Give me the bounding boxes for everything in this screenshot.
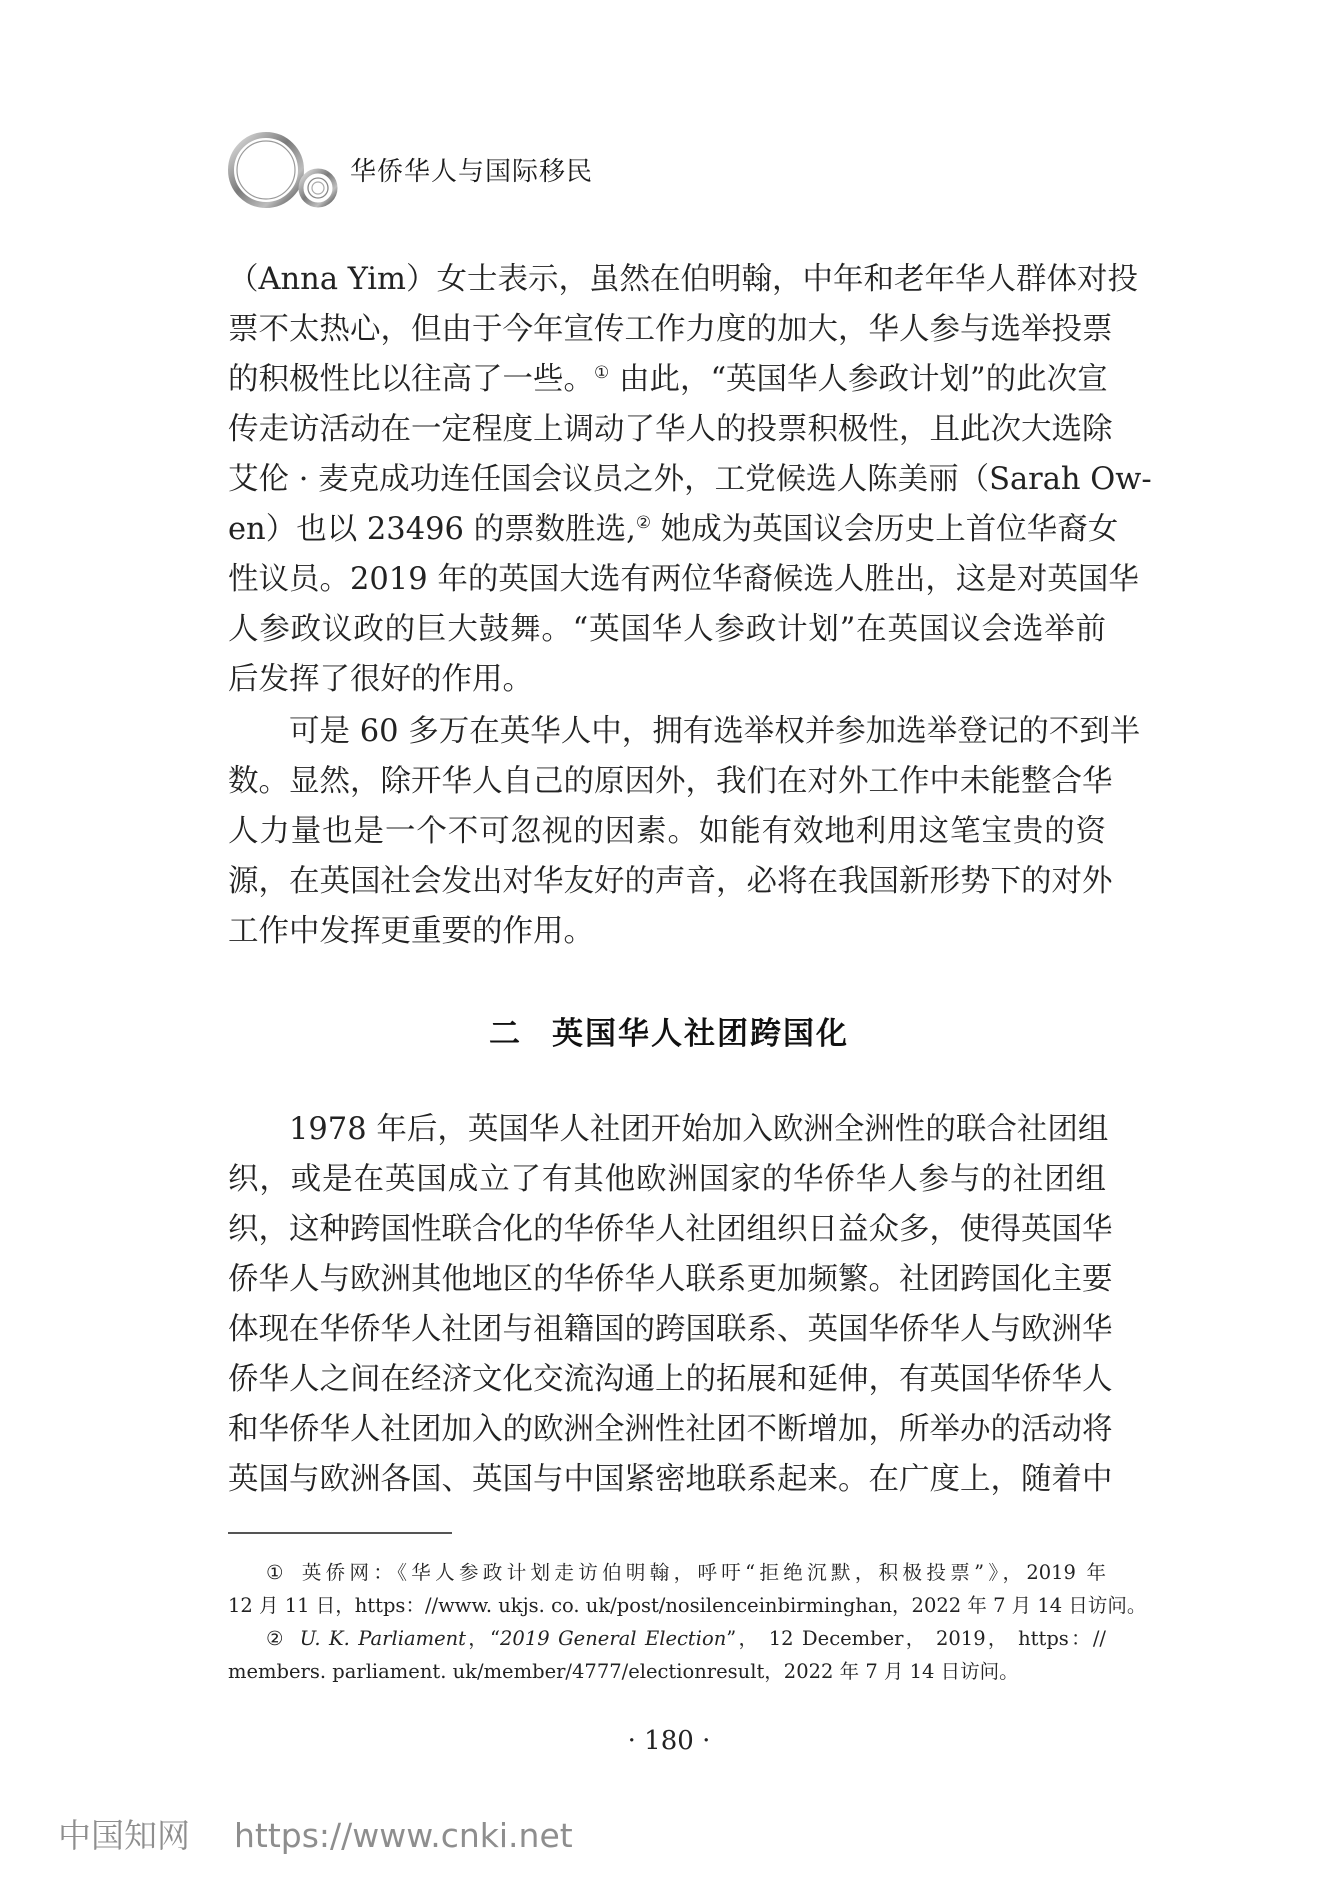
journal-logo-icon xyxy=(226,128,346,214)
text-line: 可是 60 多万在英华人中，拥有选举权并参加选举登记的不到半 xyxy=(228,707,1106,757)
text-line: （Anna Yim）女士表示，虽然在伯明翰，中年和老年华人群体对投 xyxy=(228,255,1106,305)
cnki-watermark: 中国知网https://www.cnki.net xyxy=(58,1810,573,1857)
text-line: 艾伦 · 麦克成功连任国会议员之外，工党候选人陈美丽（Sarah Ow- xyxy=(228,455,1106,505)
footnote-source: U. K. Parliament xyxy=(300,1627,466,1650)
footnotes: ①英侨网：《华人参政计划走访伯明翰，呼吁“拒绝沉默，积极投票”》，2019 年 … xyxy=(228,1556,1106,1688)
running-head-title: 华侨华人与国际移民 xyxy=(350,151,593,188)
text-line: 侨华人与欧洲其他地区的华侨华人联系更加频繁。社团跨国化主要 xyxy=(228,1255,1106,1305)
paragraph: 1978 年后，英国华人社团开始加入欧洲全洲性的联合社团组 织，或是在英国成立了… xyxy=(228,1105,1106,1505)
text-line: 人力量也是一个不可忽视的因素。如能有效地利用这笔宝贵的资 xyxy=(228,807,1106,857)
text-line: 侨华人之间在经济文化交流沟通上的拓展和延伸，有英国华侨华人 xyxy=(228,1355,1106,1405)
footnote-mark-1[interactable]: ① xyxy=(594,363,609,383)
section-heading: 二英国华人社团跨国化 xyxy=(0,1008,1338,1053)
text-line: 工作中发挥更重要的作用。 xyxy=(228,907,1106,957)
footnote-divider xyxy=(228,1532,452,1534)
footnote-title: 2019 General Election xyxy=(500,1627,726,1650)
text-line: 传走访活动在一定程度上调动了华人的投票积极性，且此次大选除 xyxy=(228,405,1106,455)
text-line: en）也以 23496 的票数胜选,② 她成为英国议会历史上首位华裔女 xyxy=(228,505,1106,555)
footnote-1-cont: 12 月 11 日，https：//www. ukjs. co. uk/post… xyxy=(228,1589,1106,1622)
text-line: 英国与欧洲各国、英国与中国紧密地联系起来。在广度上，随着中 xyxy=(228,1455,1106,1505)
text-line: 织，或是在英国成立了有其他欧洲国家的华侨华人参与的社团组 xyxy=(228,1155,1106,1205)
page-number: · 180 · xyxy=(0,1726,1338,1756)
text-line: 性议员。2019 年的英国大选有两位华裔候选人胜出，这是对英国华 xyxy=(228,555,1106,605)
footnote-marker: ② xyxy=(266,1627,286,1650)
text-line: 源，在英国社会发出对华友好的声音，必将在我国新形势下的对外 xyxy=(228,857,1106,907)
footnote-1: ①英侨网：《华人参政计划走访伯明翰，呼吁“拒绝沉默，积极投票”》，2019 年 xyxy=(228,1556,1106,1589)
paragraph: 可是 60 多万在英华人中，拥有选举权并参加选举登记的不到半 数。显然，除开华人… xyxy=(228,707,1106,957)
text-line: 体现在华侨华人社团与祖籍国的跨国联系、英国华侨华人与欧洲华 xyxy=(228,1305,1106,1355)
watermark-brand: 中国知网 xyxy=(58,1816,190,1855)
section-title: 英国华人社团跨国化 xyxy=(552,1016,849,1052)
footnote-marker: ① xyxy=(266,1561,288,1584)
text-line: 1978 年后，英国华人社团开始加入欧洲全洲性的联合社团组 xyxy=(228,1105,1106,1155)
footnote-2: ②U. K. Parliament，“2019 General Election… xyxy=(228,1622,1106,1655)
watermark-url: https://www.cnki.net xyxy=(234,1816,573,1855)
text-line: 票不太热心，但由于今年宣传工作力度的加大，华人参与选举投票 xyxy=(228,305,1106,355)
footnote-2-cont: members. parliament. uk/member/4777/elec… xyxy=(228,1655,1106,1688)
section-number: 二 xyxy=(489,1016,522,1052)
footnote-mark-2[interactable]: ② xyxy=(636,513,651,533)
text-line: 织，这种跨国性联合化的华侨华人社团组织日益众多，使得英国华 xyxy=(228,1205,1106,1255)
text-line: 和华侨华人社团加入的欧洲全洲性社团不断增加，所举办的活动将 xyxy=(228,1405,1106,1455)
text-line: 人参政议政的巨大鼓舞。“英国华人参政计划”在英国议会选举前 xyxy=(228,605,1106,655)
paragraph-continued: （Anna Yim）女士表示，虽然在伯明翰，中年和老年华人群体对投 票不太热心，… xyxy=(228,255,1106,705)
text-line: 的积极性比以往高了一些。① 由此，“英国华人参政计划”的此次宣 xyxy=(228,355,1106,405)
text-line: 后发挥了很好的作用。 xyxy=(228,655,1106,705)
text-line: 数。显然，除开华人自己的原因外，我们在对外工作中未能整合华 xyxy=(228,757,1106,807)
